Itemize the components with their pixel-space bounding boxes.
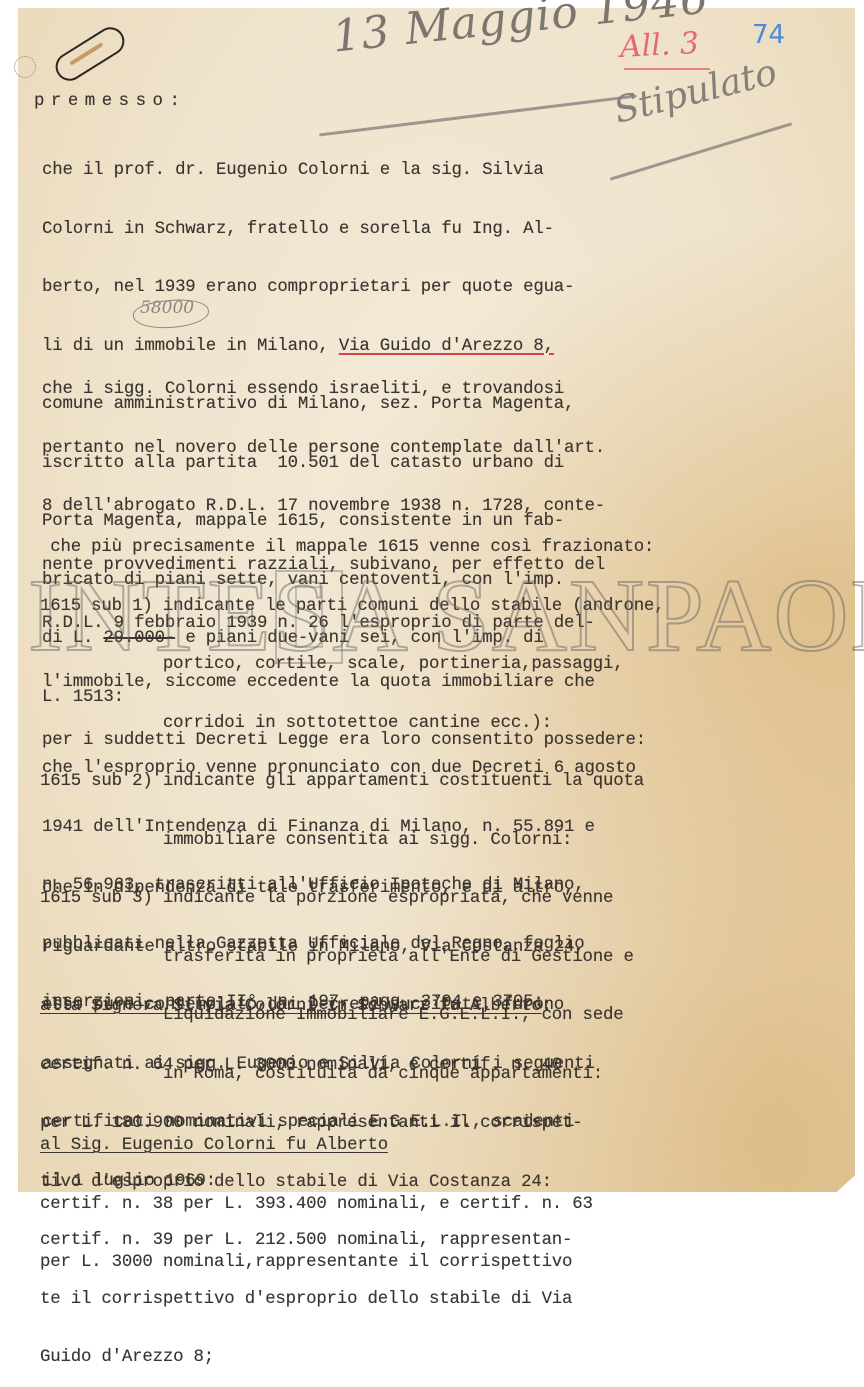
text-line: 1615 sub 1) indicante le parti comuni de… xyxy=(40,597,664,617)
text-line: che il prof. dr. Eugenio Colorni e la si… xyxy=(42,161,574,181)
text-line: che in dipendenza di tale trasferimento,… xyxy=(42,879,595,899)
recipient-heading-silvia: alla Signora Silvia Colorni in Schwarz f… xyxy=(40,997,542,1016)
text-line: portico, cortile, scale, portineria,pass… xyxy=(40,655,664,675)
text-line: pertanto nel novero delle persone contem… xyxy=(42,439,646,459)
text-line: che i sigg. Colorni essendo israeliti, e… xyxy=(42,380,646,400)
text-line: che più precisamente il mappale 1615 ven… xyxy=(40,538,664,558)
document-heading: premesso: xyxy=(34,92,186,112)
text-line: Colorni in Schwarz, fratello e sorella f… xyxy=(42,220,574,240)
attachment-stamp: All. 3 xyxy=(619,26,700,65)
text-line: berto, nel 1939 erano comproprietari per… xyxy=(42,278,574,298)
punch-hole-mark xyxy=(14,56,36,78)
text-line: che l'esproprio venne pronunciato con du… xyxy=(42,759,636,779)
page-number: 74 xyxy=(752,20,785,50)
text-line: al Sig. Eugenio Colorni fu Alberto xyxy=(40,1136,593,1156)
margin-note-amount: 58000 xyxy=(140,298,194,318)
text-line: certif. n. 64 per L. 3000 nominali, e ce… xyxy=(40,1056,583,1076)
text-fragment: : xyxy=(542,997,552,1016)
recipient-heading-eugenio: al Sig. Eugenio Colorni fu Alberto xyxy=(40,1136,388,1155)
watermark-logo xyxy=(275,570,343,664)
text-line: certif. n. 38 per L. 393.400 nominali, e… xyxy=(40,1195,593,1201)
text-line: 1941 dell'Intendenza di Finanza di Milan… xyxy=(42,818,636,838)
text-line: alla Signora Silvia Colorni in Schwarz f… xyxy=(40,997,583,1017)
text-line: riguardante altro stabile in Milano, Via… xyxy=(42,938,595,958)
paragraph-7-eugenio: al Sig. Eugenio Colorni fu Alberto certi… xyxy=(40,1097,593,1200)
